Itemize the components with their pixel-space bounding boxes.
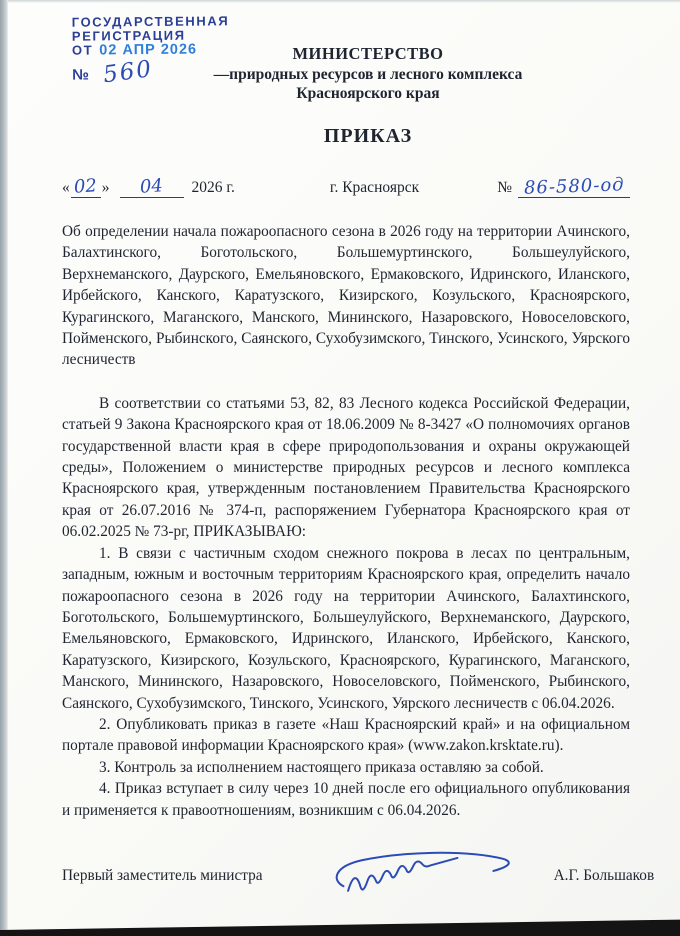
- order-item-1: 1. В связи с частичным сходом снежного п…: [62, 543, 630, 714]
- document-page: ГОСУДАРСТВЕННАЯ РЕГИСТРАЦИЯ ОТ 02 АПР 20…: [0, 0, 680, 936]
- date-place-number-row: «02» 04 2026 г. г. Красноярск № 86-580-о…: [62, 179, 630, 198]
- doc-number-field: 86-580-од: [518, 179, 630, 198]
- city-label: г. Красноярск: [330, 179, 419, 197]
- preamble-paragraph: В соответствии со статьями 53, 82, 83 Ле…: [62, 393, 630, 543]
- signer-name: А.Г. Большаков: [554, 867, 655, 885]
- subject-paragraph: Об определении начала пожароопасного сез…: [62, 221, 630, 371]
- handwritten-month: 04: [140, 181, 164, 193]
- close-quote: »: [102, 179, 110, 197]
- signature-scribble: [329, 848, 514, 905]
- ministry-region: Красноярского края: [62, 85, 630, 103]
- order-item-3: 3. Контроль за исполнением настоящего пр…: [62, 757, 630, 778]
- open-quote: «: [62, 179, 70, 197]
- order-item-2: 2. Опубликовать приказ в газете «Наш Кра…: [62, 714, 630, 757]
- page-edge-left: [0, 0, 8, 936]
- document-type-title: ПРИКАЗ: [62, 125, 630, 148]
- day-field: 02: [71, 179, 101, 198]
- ministry-title: МИНИСТЕРСТВО: [62, 44, 630, 64]
- signature-block: Первый заместитель министра А.Г. Большак…: [62, 848, 630, 905]
- signer-position: Первый заместитель министра: [62, 867, 263, 885]
- page-edge-bottom: [0, 916, 680, 936]
- doc-number-sign: №: [497, 179, 512, 197]
- handwritten-doc-number: 86-580-од: [524, 180, 625, 194]
- year-label: 2026 г.: [192, 179, 235, 197]
- ministry-subtitle: —природных ресурсов и лесного комплекса: [62, 66, 630, 84]
- handwritten-day: 02: [74, 181, 98, 193]
- month-field: 04: [120, 179, 184, 198]
- order-item-4: 4. Приказ вступает в силу через 10 дней …: [62, 778, 630, 821]
